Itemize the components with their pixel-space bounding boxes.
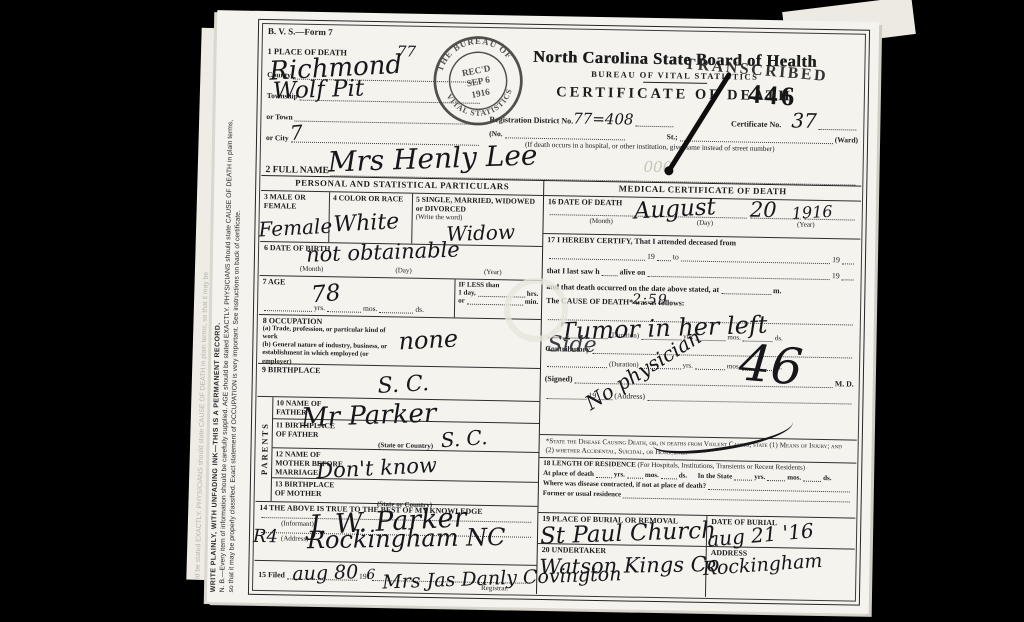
stamp-year-text: 1916: [471, 86, 491, 99]
race-value: White: [333, 209, 400, 237]
parents-block: PARENTS 10 NAME OF FATHER Mr Parker 11 B…: [256, 397, 540, 507]
time-of-death-value: 2:59: [632, 292, 668, 309]
no-label: (No.: [489, 129, 503, 138]
personal-column: PERSONAL AND STATISTICAL PARTICULARS 3 M…: [254, 176, 544, 594]
undertaker-address-cell: ADDRESS Rockingham: [705, 547, 855, 600]
filed-year-value: 6: [366, 567, 375, 583]
occupation-value: none: [398, 324, 459, 355]
res-ds: ds.: [679, 471, 688, 479]
dob-year-label: (Year): [484, 268, 502, 276]
informant-address-prefix: R4: [253, 526, 278, 547]
res-st-yrs: yrs.: [754, 473, 765, 481]
age-row: 7 AGE yrs. mos. ds. 78 IF LESS t: [259, 276, 542, 320]
age-value: 78: [310, 280, 341, 308]
sex-value: Female: [258, 214, 333, 242]
received-date-stamp: THE BUREAU OF VITAL STATISTICS REC'D SEP…: [424, 27, 532, 135]
undertaker-cell: 20 UNDERTAKER Watson Kings Co: [537, 544, 706, 597]
informant-row: 14 THE ABOVE IS TRUE TO THE BEST OF MY K…: [255, 502, 538, 566]
dod-year-value: 1916: [791, 202, 833, 223]
city-value: 7: [289, 120, 304, 145]
date-of-birth-row: 6 DATE OF BIRTH (Month) (Day) (Year) not…: [260, 242, 543, 281]
residence-label: 18 LENGTH OF RESIDENCE: [543, 459, 636, 469]
birthplace-value: S. C.: [377, 371, 430, 399]
full-name-value: Mrs Henly Lee: [327, 139, 538, 179]
age-mos-label: mos.: [363, 304, 378, 313]
mother-name-row: 12 NAME OF MOTHER BEFORE MARRIAGE Don't …: [272, 448, 538, 483]
township-value: Wolf Pit: [272, 76, 364, 105]
occupation-row: 8 OCCUPATION (a) Trade, profession, or p…: [258, 315, 541, 369]
city-label: or City: [266, 133, 289, 142]
board-header-block: North Carolina State Board of Health BUR…: [485, 44, 864, 161]
certify-label: 17 I HEREBY CERTIFY, That I attended dec…: [547, 235, 736, 247]
race-cell: 4 COLOR OR RACE White: [329, 192, 413, 243]
residence-in-state-label: In the State: [698, 472, 733, 481]
ward-label: (Ward): [835, 136, 859, 145]
certificate-columns: PERSONAL AND STATISTICAL PARTICULARS 3 M…: [254, 175, 861, 600]
certificate-no-label: Certificate No.: [731, 120, 781, 130]
filed-label: 15 Filed: [258, 570, 285, 579]
mother-birthplace-row: 13 BIRTHPLACE OF MOTHER (State or Countr…: [272, 478, 538, 506]
undertaker-value: Watson Kings Co: [539, 552, 719, 579]
sex-cell: 3 MALE OR FEMALE Female: [260, 191, 330, 242]
birthplace-label: 9 BIRTHPLACE: [262, 365, 321, 375]
date-of-death-row: 16 DATE OF DEATH (Month) (Day) (Year) Au…: [543, 196, 861, 240]
age-label: 7 AGE: [262, 277, 285, 286]
certify-19c: 19: [832, 271, 840, 280]
dod-month-label: (Month): [590, 217, 613, 225]
md-label: M. D.: [835, 379, 854, 388]
birthplace-row: 9 BIRTHPLACE S. C.: [257, 364, 540, 402]
age-ds-label: ds.: [415, 305, 424, 314]
last-saw-label: that I last saw h: [547, 266, 600, 276]
certificate-title: CERTIFICATE OF DEATH: [486, 83, 863, 107]
signed-label: (Signed): [545, 374, 573, 383]
big-46-mark: 46: [737, 333, 805, 396]
res-yrs: yrs.: [614, 470, 625, 478]
death-certificate-sheet: WRITE PLAINLY, WITH UNFADING INK—THIS IS…: [207, 10, 879, 614]
sex-label: 3 MALE OR FEMALE: [264, 192, 306, 211]
dod-month-value: August: [633, 194, 716, 224]
dur2-yrs: yrs.: [683, 362, 693, 370]
alive-on-label: alive on: [620, 267, 646, 276]
race-label: 4 COLOR OR RACE: [333, 193, 403, 203]
father-birthplace-value: S. C.: [440, 425, 488, 452]
dod-day-value: 20: [750, 198, 777, 222]
filed-row: 15 Filed 191 Registrar. aug 80 6 Mrs Jas…: [254, 561, 536, 594]
transcribed-number-stamp: 446: [747, 78, 799, 112]
res-st-ds: ds.: [823, 474, 832, 482]
mother-birthplace-label: 13 BIRTHPLACE OF MOTHER: [275, 479, 345, 498]
m-label: m.: [773, 286, 782, 295]
date-of-death-label: 16 DATE OF DEATH: [548, 197, 622, 207]
registration-district-value: 77=408: [573, 110, 634, 129]
undertaker-row: 20 UNDERTAKER Watson Kings Co ADDRESS Ro…: [537, 544, 855, 600]
medical-column: MEDICAL CERTIFICATE OF DEATH 16 DATE OF …: [537, 181, 861, 600]
certify-19a: 19: [647, 252, 655, 261]
residence-at-place-label: At place of death: [543, 469, 594, 478]
street-label: St.;: [667, 133, 678, 142]
filed-date-value: aug 80: [292, 561, 359, 585]
residence-former-label: Former or usual residence: [543, 489, 621, 498]
father-birthplace-row: 11 BIRTHPLACE OF FATHER (State or Countr…: [273, 419, 539, 453]
burial-date-cell: DATE OF BURIAL aug 21 '16: [706, 516, 856, 549]
cause-value-line2: Side: [547, 332, 597, 358]
res-st-mos: mos.: [787, 473, 801, 481]
marital-label: 5 SINGLE, MARRIED, WIDOWED or DIVORCED: [416, 195, 535, 214]
scanned-document-background: AGE should be stated EXACTLY. PHYSICIANS…: [0, 0, 1024, 622]
informant-address-value: Rockingham NC: [307, 523, 506, 554]
res-mos: mos.: [645, 471, 659, 479]
father-birthplace-label: 11 BIRTHPLACE OF FATHER: [276, 420, 346, 439]
certify-to: to: [673, 252, 679, 261]
certify-19b: 19: [832, 255, 840, 264]
length-of-residence-block: 18 LENGTH OF RESIDENCE (For Hospitals, I…: [538, 458, 856, 519]
age-or-label: or: [458, 297, 465, 305]
age-main-cell: 7 AGE yrs. mos. ds. 78: [259, 276, 455, 317]
parents-vertical-label: PARENTS: [259, 422, 270, 475]
header-rule: [643, 82, 707, 84]
residence-where-label: Where was disease contracted, if not at …: [543, 479, 706, 490]
full-name-label: 2 FULL NAME: [265, 165, 329, 176]
parents-vertical-label-cell: PARENTS: [256, 397, 274, 501]
dob-value: not obtainable: [306, 238, 460, 267]
burial-place-cell: 19 PLACE OF BURIAL OR REMOVAL St Paul Ch…: [538, 513, 707, 546]
certify-block: 17 I HEREBY CERTIFY, That I attended dec…: [540, 234, 861, 441]
dob-day-label: (Day): [395, 266, 411, 274]
